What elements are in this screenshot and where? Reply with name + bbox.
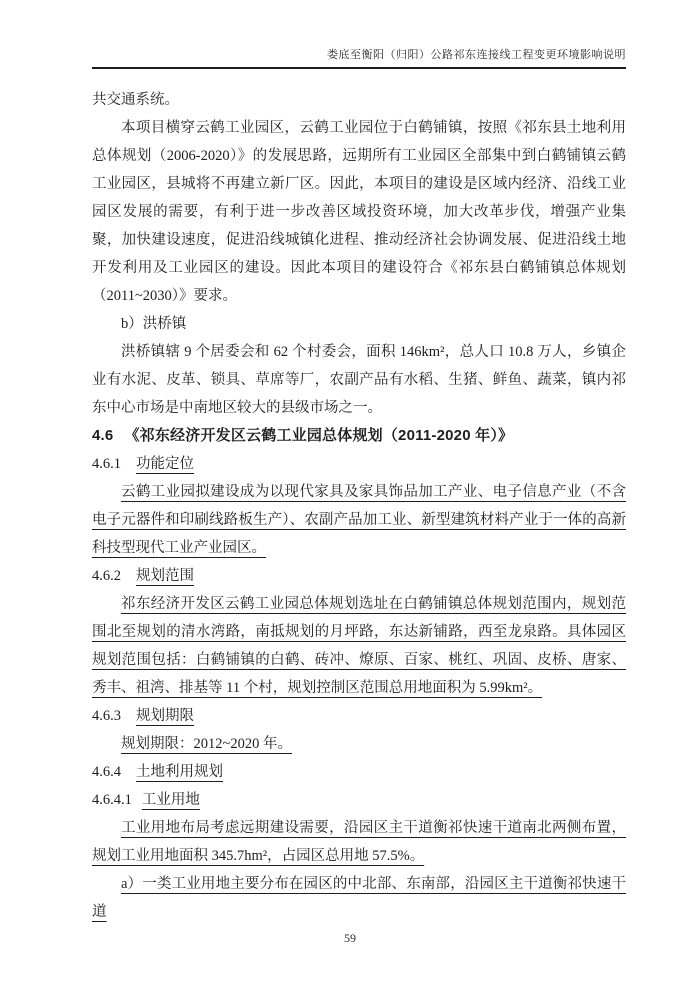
paragraph-continuation: 共交通系统。: [92, 86, 626, 114]
subsection-heading-4-6-3: 4.6.3规划期限: [92, 702, 626, 730]
paragraph-class-one-industrial-land: a）一类工业用地主要分布在园区的中北部、东南部，沿园区主干道衡祁快速干道: [92, 870, 626, 926]
paragraph-planning-scope: 祁东经济开发区云鹤工业园总体规划选址在白鹤铺镇总体规划范围内，规划范围北至规划的…: [92, 590, 626, 702]
paragraph-planning-period: 规划期限：2012~2020 年。: [92, 730, 626, 758]
subsection-title: 工业用地: [142, 792, 200, 808]
paragraph-function-positioning: 云鹤工业园拟建设成为以现代家具及家具饰品加工产业、电子信息产业（不含电子元器件和…: [92, 478, 626, 562]
subsection-number: 4.6.4: [92, 764, 121, 780]
subsection-number: 4.6.2: [92, 568, 121, 584]
subsection-title: 功能定位: [136, 456, 194, 472]
subsection-title: 规划范围: [136, 568, 194, 584]
subsection-number: 4.6.4.1: [92, 792, 132, 808]
section-number: 4.6: [92, 427, 113, 444]
subsection-heading-4-6-4-1: 4.6.4.1工业用地: [92, 786, 626, 814]
page-number: 59: [0, 931, 700, 946]
subsection-heading-4-6-2: 4.6.2规划范围: [92, 562, 626, 590]
subsection-label-hongqiao: b）洪桥镇: [92, 310, 626, 338]
document-body: 共交通系统。 本项目横穿云鹤工业园区，云鹤工业园位于白鹤铺镇，按照《祁东县土地利…: [92, 86, 626, 926]
subsection-title: 规划期限: [136, 708, 194, 724]
running-header-rule: 娄底至衡阳（归阳）公路祁东连接线工程变更环境影响说明: [92, 46, 626, 69]
document-page: 娄底至衡阳（归阳）公路祁东连接线工程变更环境影响说明 共交通系统。 本项目横穿云…: [0, 0, 700, 990]
subsection-heading-4-6-4: 4.6.4土地利用规划: [92, 758, 626, 786]
page-content: 娄底至衡阳（归阳）公路祁东连接线工程变更环境影响说明 共交通系统。 本项目横穿云…: [92, 46, 626, 926]
paragraph-industrial-land: 工业用地布局考虑远期建设需要，沿园区主干道衡祁快速干道南北两侧布置，规划工业用地…: [92, 814, 626, 870]
subsection-number: 4.6.3: [92, 708, 121, 724]
section-heading-4-6: 4.6《祁东经济开发区云鹤工业园总体规划（2011-2020 年）》: [92, 422, 626, 450]
running-header: 娄底至衡阳（归阳）公路祁东连接线工程变更环境影响说明: [92, 46, 626, 62]
subsection-heading-4-6-1: 4.6.1功能定位: [92, 450, 626, 478]
paragraph-hongqiao-town: 洪桥镇辖 9 个居委会和 62 个村委会，面积 146km²，总人口 10.8 …: [92, 338, 626, 422]
section-title: 《祁东经济开发区云鹤工业园总体规划（2011-2020 年）》: [124, 427, 513, 444]
subsection-title: 土地利用规划: [136, 764, 223, 780]
paragraph-project-overview: 本项目横穿云鹤工业园区，云鹤工业园位于白鹤铺镇，按照《祁东县土地利用总体规划（2…: [92, 114, 626, 310]
subsection-number: 4.6.1: [92, 456, 121, 472]
